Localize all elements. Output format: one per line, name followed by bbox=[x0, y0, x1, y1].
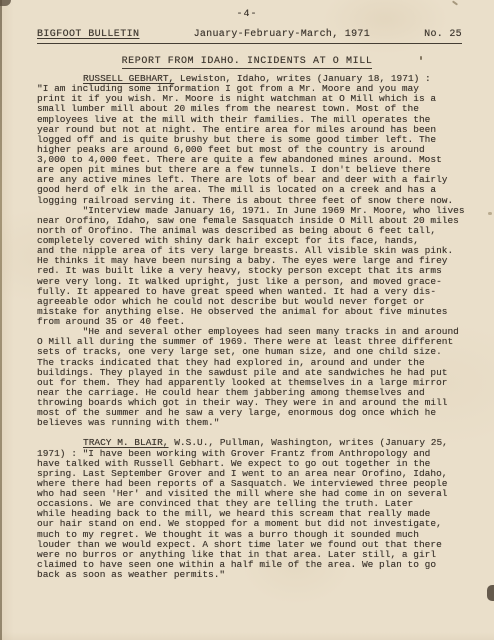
issue-date: January-February-March, 1971 bbox=[194, 29, 370, 40]
masthead: BIGFOOT BULLETIN January-February-March,… bbox=[37, 29, 462, 44]
letter-gebhart: RUSSELL GEBHART, Lewiston, Idaho, writes… bbox=[37, 74, 471, 428]
issue-number: No. 25 bbox=[424, 29, 462, 40]
article-body: RUSSELL GEBHART, Lewiston, Idaho, writes… bbox=[37, 74, 471, 580]
bulletin-title: BIGFOOT BULLETIN bbox=[37, 29, 139, 40]
letter-text: 1971) : "I have been working with Grover… bbox=[37, 449, 471, 581]
letter-blair: TRACY M. BLAIR, W.S.U., Pullman, Washing… bbox=[37, 438, 471, 580]
scan-speck bbox=[452, 0, 458, 5]
scan-speck bbox=[488, 212, 492, 215]
page-number: -4- bbox=[0, 9, 494, 20]
scan-ink-blob-right bbox=[487, 585, 494, 601]
author-intro-rest: W.S.U., Pullman, Washington, writes (Jan… bbox=[169, 437, 448, 448]
letter-intro-line: TRACY M. BLAIR, W.S.U., Pullman, Washing… bbox=[37, 438, 471, 448]
author-name: TRACY M. BLAIR, bbox=[83, 437, 169, 448]
section-title: REPORT FROM IDAHO. INCIDENTS AT O MILL bbox=[0, 50, 494, 69]
scanned-newsletter-page: -4- BIGFOOT BULLETIN January-February-Ma… bbox=[0, 0, 494, 640]
letter-text: "I am including some information I got f… bbox=[37, 84, 471, 428]
scan-edge-artifact-left bbox=[0, 0, 2, 640]
scan-corner-artifact bbox=[0, 0, 11, 6]
